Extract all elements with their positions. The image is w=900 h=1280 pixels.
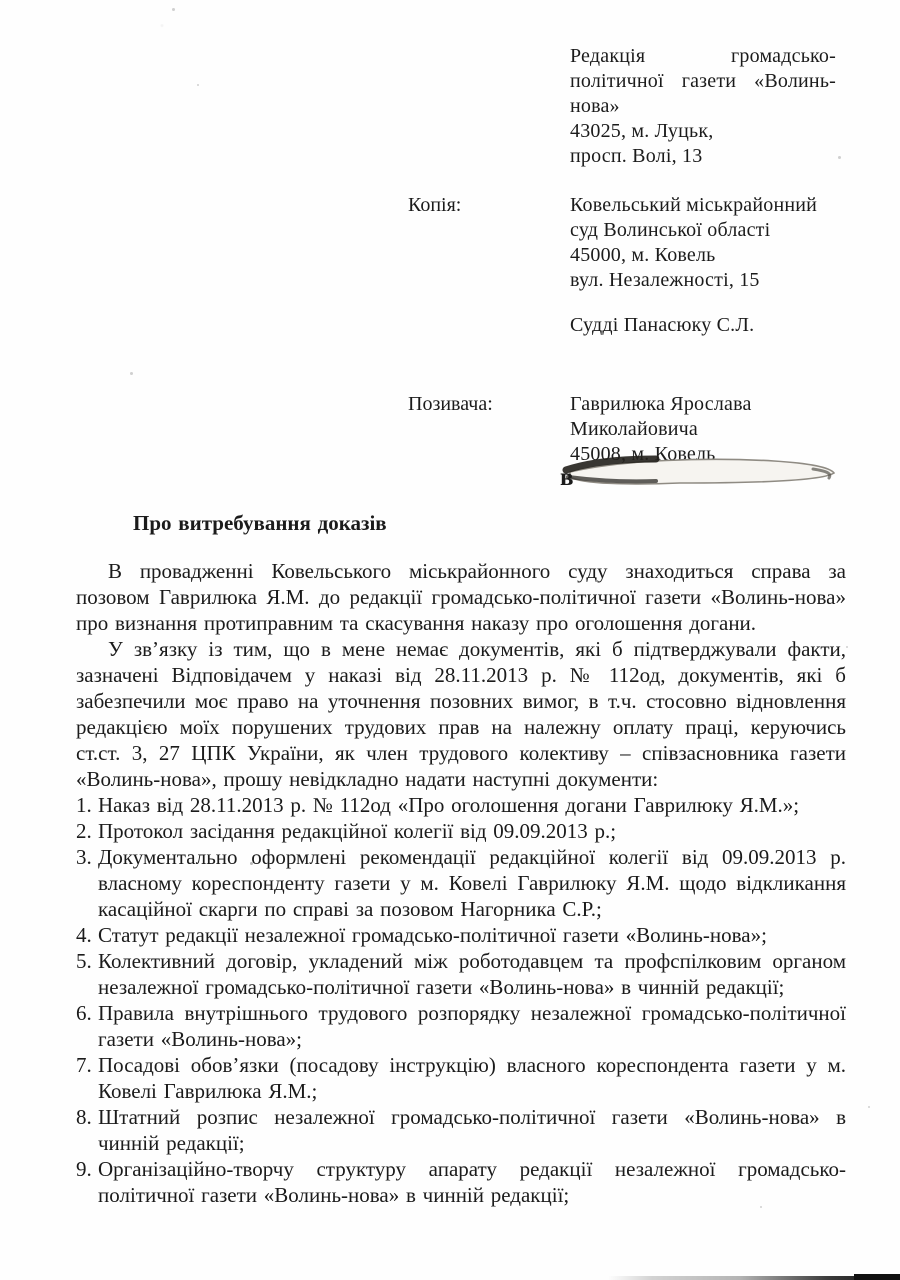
court-line: 45000, м. Ковель bbox=[570, 243, 836, 268]
recipient-line: 43025, м. Луцьк, bbox=[570, 119, 836, 144]
list-item: Наказ від 28.11.2013 р. № 112од «Про ого… bbox=[76, 792, 846, 818]
scan-speckle bbox=[197, 84, 199, 86]
body-paragraph: У зв’язку із тим, що в мене немає докуме… bbox=[76, 636, 846, 792]
recipient-line: нова» bbox=[570, 94, 836, 119]
court-line: вул. Незалежності, 15 bbox=[570, 268, 836, 293]
redacted-prefix-letter: в bbox=[560, 464, 574, 491]
scan-artifact-bottom-corner bbox=[854, 1274, 900, 1280]
list-item: Організаційно-творчу структуру апарату р… bbox=[76, 1156, 846, 1208]
court-line: суд Волинської області bbox=[570, 218, 836, 243]
recipient-line: Редакція громадсько- bbox=[570, 44, 836, 69]
list-item: Правила внутрішнього трудового розпорядк… bbox=[76, 1000, 846, 1052]
scanned-document-page: Редакція громадсько- політичної газети «… bbox=[0, 0, 900, 1280]
scan-speckle bbox=[250, 862, 253, 865]
plaintiff-line: Миколайовича bbox=[570, 417, 836, 442]
recipient-line: політичної газети «Волинь- bbox=[570, 69, 836, 94]
list-item: Штатний розпис незалежної громадсько-пол… bbox=[76, 1104, 846, 1156]
list-item: Посадові обов’язки (посадову інструкцію)… bbox=[76, 1052, 846, 1104]
scan-speckle bbox=[838, 156, 841, 159]
ink-scribble-icon: в bbox=[558, 450, 842, 500]
recipient-line: просп. Волі, 13 bbox=[570, 144, 836, 169]
redaction-scribble-mark: в bbox=[558, 450, 842, 505]
body-paragraph: В провадженні Ковельського міськрайонног… bbox=[76, 558, 846, 636]
scan-speckle bbox=[130, 372, 133, 375]
list-item: Колективний договір, укладений між робот… bbox=[76, 948, 846, 1000]
list-item: Статут редакції незалежної громадсько-по… bbox=[76, 922, 846, 948]
document-body: Про витребування доказів В провадженні К… bbox=[76, 510, 846, 1208]
scan-speckle bbox=[846, 646, 848, 648]
court-line: Ковельський міськрайонний bbox=[570, 193, 836, 218]
recipient-address-block: Редакція громадсько- політичної газети «… bbox=[570, 44, 836, 169]
plaintiff-label: Позивача: bbox=[408, 392, 493, 417]
document-subject-title: Про витребування доказів bbox=[133, 510, 846, 536]
scan-speckle bbox=[868, 1106, 870, 1108]
copy-label: Копія: bbox=[408, 193, 461, 218]
scan-speckle bbox=[172, 8, 175, 11]
list-item: Протокол засідання редакційної колегії в… bbox=[76, 818, 846, 844]
scan-speckle bbox=[760, 1206, 762, 1208]
judge-line: Судді Панасюку С.Л. bbox=[570, 313, 836, 338]
court-address-block: Ковельський міськрайонний суд Волинської… bbox=[570, 193, 836, 338]
plaintiff-line: Гаврилюка Ярослава bbox=[570, 392, 836, 417]
requested-documents-list: Наказ від 28.11.2013 р. № 112од «Про ого… bbox=[76, 792, 846, 1208]
list-item: Документально оформлені рекомендації ред… bbox=[76, 844, 846, 922]
